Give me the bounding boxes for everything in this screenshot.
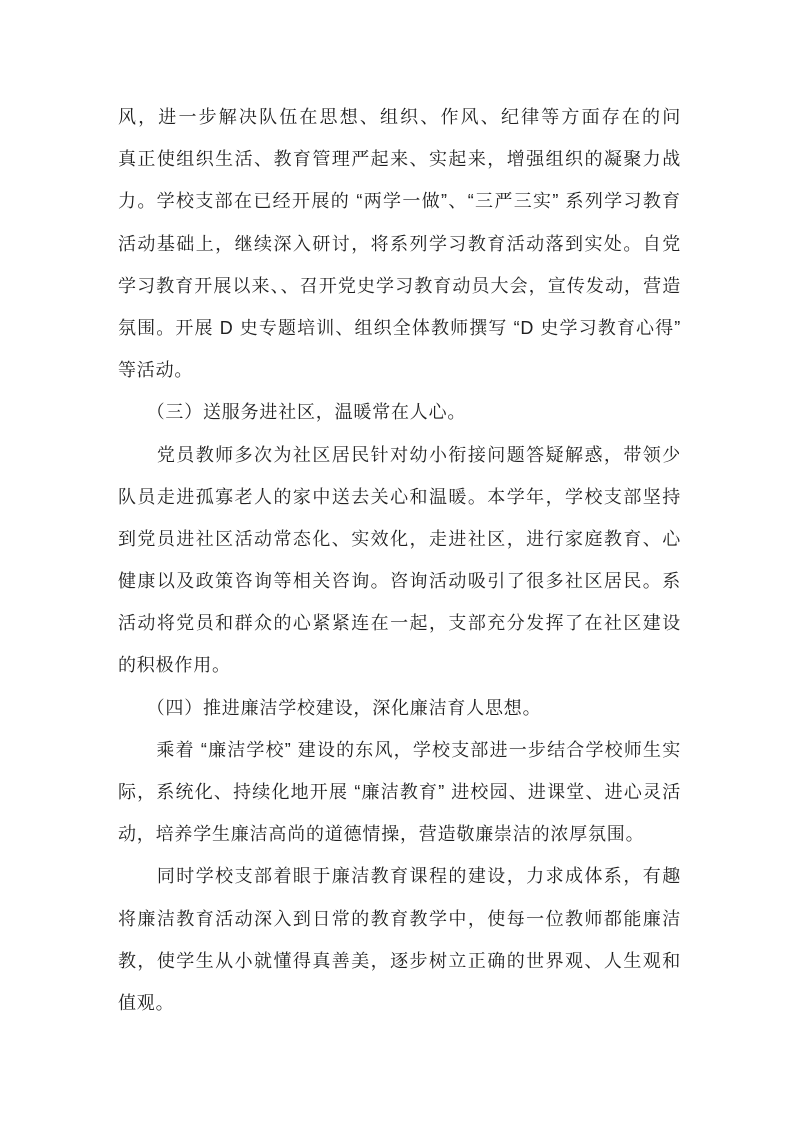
text-line: 等活动。 [118,349,681,391]
text-line: 风，进一步解决队伍在思想、组织、作风、纪律等方面存在的问题， [118,96,681,138]
text-line: 值观。 [118,982,681,1024]
document-body: 风，进一步解决队伍在思想、组织、作风、纪律等方面存在的问题，真正使组织生活、教育… [118,96,681,1024]
text-line: 的积极作用。 [118,644,681,686]
text-line: （四）推进廉洁学校建设，深化廉洁育人思想。 [118,687,681,729]
body-paragraph: 党员教师多次为社区居民针对幼小衔接问题答疑解惑，带领少先队员走进孤寡老人的家中送… [118,434,681,687]
text-line: 氛围。开展 D 史专题培训、组织全体教师撰写 “D 史学习教育心得” [118,307,681,349]
text-line: 到党员进社区活动常态化、实效化，走进社区，进行家庭教育、心理 [118,518,681,560]
body-paragraph: 乘着 “廉洁学校” 建设的东风，学校支部进一步结合学校师生实际，系统化、持续化地… [118,729,681,856]
text-line: 活动基础上，继续深入研讨，将系列学习教育活动落到实处。自党史 [118,223,681,265]
body-paragraph: 风，进一步解决队伍在思想、组织、作风、纪律等方面存在的问题，真正使组织生活、教育… [118,96,681,391]
text-line: 力。学校支部在已经开展的 “两学一做”、“三严三实” 系列学习教育 [118,180,681,222]
document-page: 风，进一步解决队伍在思想、组织、作风、纪律等方面存在的问题，真正使组织生活、教育… [0,0,793,1122]
body-paragraph: 同时学校支部着眼于廉洁教育课程的建设，力求成体系，有趣味，将廉洁教育活动深入到日… [118,855,681,1024]
text-line: 动，培养学生廉洁高尚的道德情操，营造敬廉崇洁的浓厚氛围。 [118,813,681,855]
text-line: 健康以及政策咨询等相关咨询。咨询活动吸引了很多社区居民。系列 [118,560,681,602]
text-line: 将廉洁教育活动深入到日常的教育教学中，使每一位教师都能廉洁从 [118,898,681,940]
text-line: 活动将党员和群众的心紧紧连在一起，支部充分发挥了在社区建设中 [118,602,681,644]
text-line: 同时学校支部着眼于廉洁教育课程的建设，力求成体系，有趣味， [118,855,681,897]
section-heading: （四）推进廉洁学校建设，深化廉洁育人思想。 [118,687,681,729]
text-line: 队员走进孤寡老人的家中送去关心和温暖。本学年，学校支部坚持做 [118,476,681,518]
text-line: 际，系统化、持续化地开展 “廉洁教育” 进校园、进课堂、进心灵活 [118,771,681,813]
text-line: 党员教师多次为社区居民针对幼小衔接问题答疑解惑，带领少先 [118,434,681,476]
text-line: 乘着 “廉洁学校” 建设的东风，学校支部进一步结合学校师生实 [118,729,681,771]
text-line: （三）送服务进社区，温暖常在人心。 [118,391,681,433]
text-line: 学习教育开展以来、、召开党史学习教育动员大会，宣传发动，营造 [118,265,681,307]
section-heading: （三）送服务进社区，温暖常在人心。 [118,391,681,433]
text-line: 真正使组织生活、教育管理严起来、实起来，增强组织的凝聚力战斗 [118,138,681,180]
text-line: 教，使学生从小就懂得真善美，逐步树立正确的世界观、人生观和价 [118,940,681,982]
